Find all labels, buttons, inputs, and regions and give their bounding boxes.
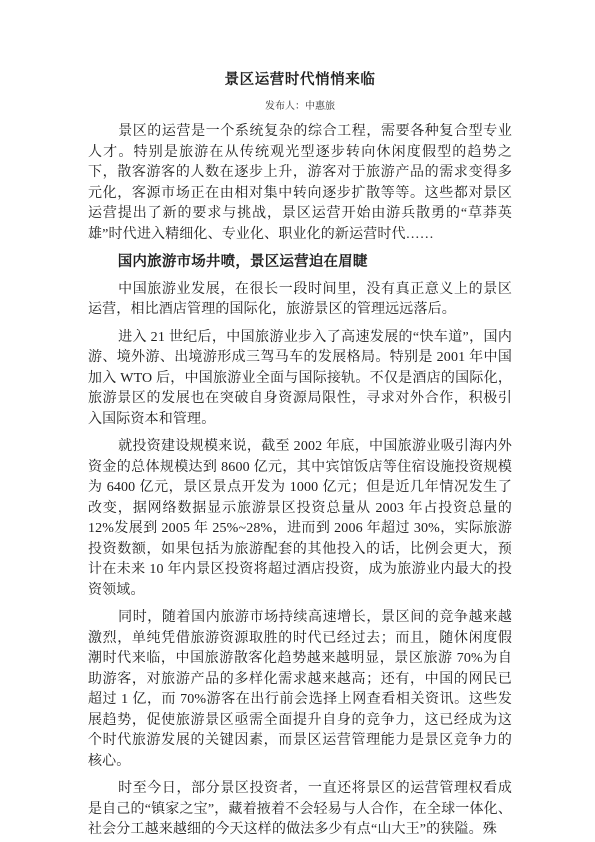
section-heading: 国内旅游市场井喷，景区运营迫在眉睫 <box>88 252 512 273</box>
intro-paragraph: 景区的运营是一个系统复杂的综合工程，需要各种复合型专业人才。特别是旅游在从传统观… <box>88 122 512 245</box>
paragraph-domestic-tourism: 中国旅游业发展，在很长一段时间里，没有真正意义上的景区运营，相比酒店管理的国际化… <box>88 280 512 321</box>
paragraph-market-competition: 同时，随着国内旅游市场持续高速增长，景区间的竞争越来越激烈，单纯凭借旅游资源取胜… <box>88 608 512 772</box>
publisher-line: 发布人：中惠旅 <box>88 100 512 113</box>
paragraph-investment-scale: 就投资建设规模来说，截至 2002 年底，中国旅游业吸引海内外资金的总体规模达到… <box>88 437 512 601</box>
page-title: 景区运营时代悄悄来临 <box>88 70 512 90</box>
paragraph-investors-today: 时至今日，部分景区投资者，一直还将景区的运营管理权看成是自己的“镇家之宝”，藏着… <box>88 779 512 841</box>
paragraph-21st-century: 进入 21 世纪后，中国旅游业步入了高速发展的“快车道”，国内游、境外游、出境游… <box>88 328 512 431</box>
document-page: 景区运营时代悄悄来临 发布人：中惠旅 景区的运营是一个系统复杂的综合工程，需要各… <box>0 0 595 842</box>
